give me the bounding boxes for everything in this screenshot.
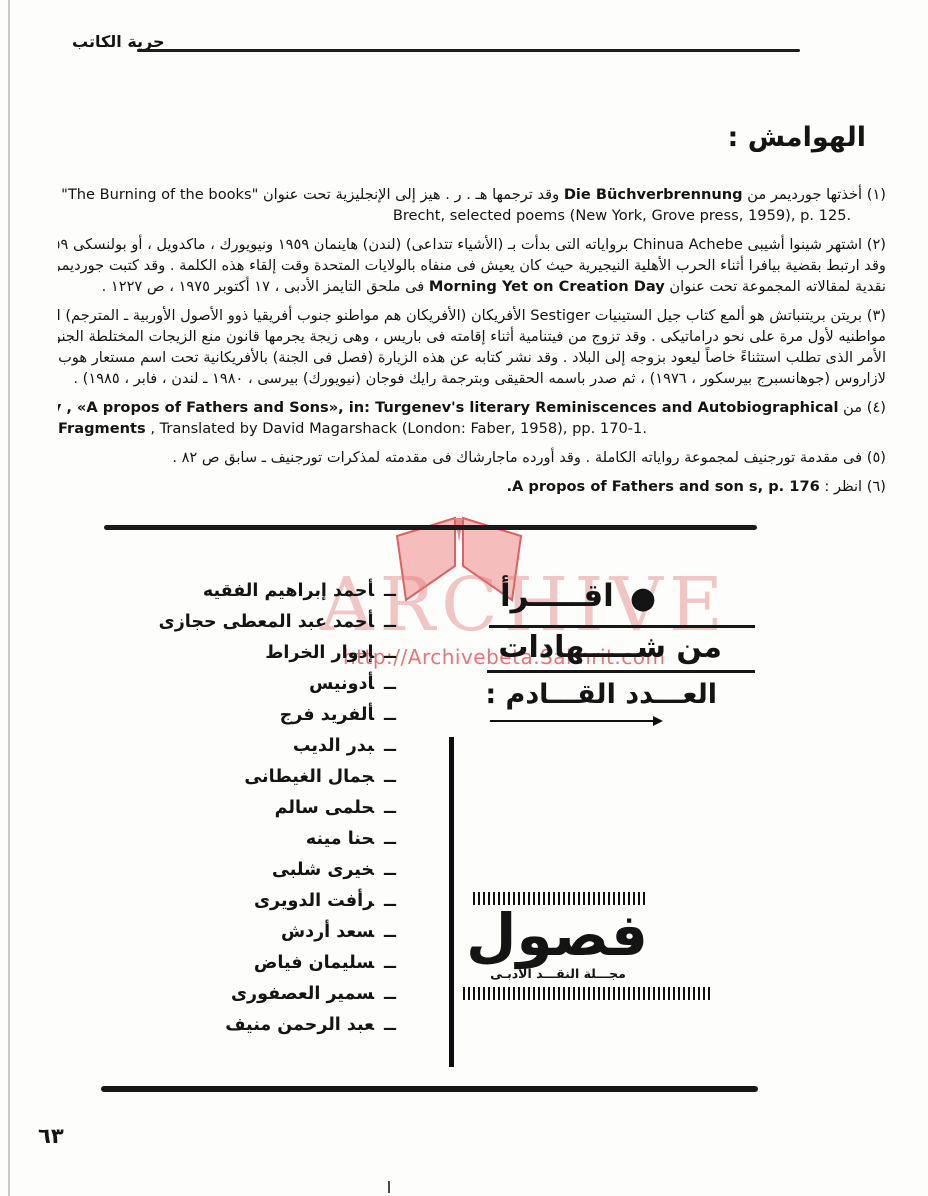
ad-box-rule-above-next-issue: [487, 670, 755, 673]
author-name: جمال الغيطانى: [244, 767, 374, 787]
author-name: إدوار الخراط: [265, 643, 374, 663]
ad-box-top-rule: [104, 525, 757, 530]
text-segment: , Translated by David Magarshack (London…: [146, 420, 647, 437]
footnote: (٣) بريتن بريتنباتش هو ألمع كتاب جيل الس…: [58, 305, 886, 389]
fusul-logo-title: فصول: [468, 896, 648, 974]
author-name: سعد أردش: [281, 922, 374, 942]
footnote-line: مواطنيه لأول مرة على نحو دراماتيكى . وقد…: [58, 326, 886, 347]
text-segment: Fragments: [58, 420, 146, 437]
list-dash: ــ: [384, 860, 396, 880]
footnote-line: نقدية لمقالاته المجموعة تحت عنوان Mornin…: [58, 276, 886, 297]
author-name: خيرى شلبى: [272, 860, 374, 880]
footnote-number: (٤): [862, 399, 886, 416]
text-segment: الأفريكان (الأفريكان هم مواطنو جنوب أفري…: [58, 307, 530, 324]
footnote-line: (١) أخذتها جورديمر من Die Büchverbrennun…: [58, 184, 886, 205]
text-segment: Die Büchverbrennung: [564, 186, 743, 203]
list-dash: ــ: [384, 767, 396, 787]
author-row: ــأدونيس: [148, 669, 396, 700]
ad-box-rule-under-read: [489, 625, 755, 628]
list-dash: ــ: [384, 984, 396, 1004]
scanned-magazine-page: حرية الكاتب الهوامش : (١) أخذتها جورديمر…: [0, 0, 928, 1196]
list-dash: ــ: [384, 581, 396, 601]
author-row: ــعبد الرحمن منيف: [148, 1010, 396, 1041]
arrow-head-icon: [653, 716, 663, 726]
from-testimonies-label: من شـــــهادات: [498, 630, 722, 665]
text-segment: فى ملحق التايمز الأدبى ، ١٧ أكتوبر ١٩٧٥ …: [102, 278, 429, 295]
author-name: سليمان فياض: [254, 953, 374, 973]
list-dash: ــ: [384, 643, 396, 663]
author-name: ألفريد فرج: [280, 705, 374, 725]
author-row: ــسعد أردش: [148, 917, 396, 948]
author-name: أحمد إبراهيم الفقيه: [203, 581, 374, 601]
author-row: ــبدر الديب: [148, 731, 396, 762]
ad-box-bottom-rule: [101, 1086, 758, 1092]
author-name: أدونيس: [309, 674, 374, 694]
fusul-logo-subtitle: مجـــلة النقـــد الأدبـى: [468, 966, 648, 981]
list-dash: ــ: [384, 1015, 396, 1035]
right-arrow-rule: [490, 715, 663, 727]
text-segment: مواطنيه لأول مرة على نحو دراماتيكى . وقد…: [58, 328, 886, 345]
author-name: عبد الرحمن منيف: [225, 1015, 374, 1035]
footnote: (٤) من Ivan Turgenev , «A propos of Fath…: [58, 397, 886, 439]
text-segment: Chinua Achebe: [633, 236, 743, 253]
list-dash: ــ: [384, 705, 396, 725]
footnote-number: (١): [862, 186, 886, 203]
author-name: حلمى سالم: [275, 798, 374, 818]
footnote-number: (٦): [862, 478, 886, 495]
scan-edge-line: [8, 0, 10, 1196]
author-name: أحمد عبد المعطى حجازى: [159, 612, 374, 632]
text-segment: Sestiger: [530, 307, 590, 324]
footnote-line: (٣) بريتن بريتنباتش هو ألمع كتاب جيل الس…: [58, 305, 886, 326]
footnotes-list: (١) أخذتها جورديمر من Die Büchverbrennun…: [58, 184, 886, 505]
author-row: ــسليمان فياض: [148, 948, 396, 979]
footnote-line: (٤) من Ivan Turgenev , «A propos of Fath…: [58, 397, 886, 418]
read-heading: ●اقـــــرأ: [500, 578, 656, 616]
author-row: ــسمير العصفورى: [148, 979, 396, 1010]
text-segment: الأمر الذى تطلب استثناءً خاصاً ليعود بزو…: [58, 349, 886, 366]
text-segment: Brecht, selected poems (New York, Grove …: [393, 207, 851, 224]
author-name: حنا مينه: [306, 829, 374, 849]
text-segment: نقدية لمقالاته المجموعة تحت عنوان: [665, 278, 886, 295]
text-segment: بريتن بريتنباتش هو ألمع كتاب جيل الستيني…: [590, 307, 862, 324]
text-segment: انظر :: [820, 478, 862, 495]
text-segment: A propos of Fathers and son s, p. 176.: [506, 478, 819, 495]
footnote-line: (٢) اشتهر شينوا أشيبى Chinua Achebe بروا…: [58, 234, 886, 255]
author-row: ــإدوار الخراط: [148, 638, 396, 669]
footnote-line: (٥) فى مقدمة تورجنيف لمجموعة رواياته الك…: [58, 447, 886, 468]
author-row: ــخيرى شلبى: [148, 855, 396, 886]
next-issue-label: العـــدد القـــادم :: [485, 679, 717, 710]
footnote-number: (٢): [862, 236, 886, 253]
text-segment: أخذتها جورديمر من: [743, 186, 862, 203]
list-dash: ــ: [384, 953, 396, 973]
author-row: ــأحمد عبد المعطى حجازى: [148, 607, 396, 638]
text-segment: لازاروس (جوهانسبرج بيرسكور ، ١٩٧٦) ، ثم …: [73, 370, 886, 387]
list-dash: ــ: [384, 612, 396, 632]
text-segment: وقد ارتبط بقضية بيافرا أثناء الحرب الأهل…: [58, 257, 886, 274]
text-segment: اشتهر شينوا أشيبى: [743, 236, 862, 253]
list-dash: ــ: [384, 674, 396, 694]
author-row: ــأحمد إبراهيم الفقيه: [148, 576, 396, 607]
text-segment: Ivan Turgenev , «A propos of Fathers and…: [58, 399, 839, 416]
list-dash: ــ: [384, 736, 396, 756]
footnote-line: Fragments , Translated by David Magarsha…: [58, 418, 886, 439]
footnote-line: Brecht, selected poems (New York, Grove …: [58, 205, 886, 226]
footnote-line: لازاروس (جوهانسبرج بيرسكور ، ١٩٧٦) ، ثم …: [58, 368, 886, 389]
footnotes-heading: الهوامش :: [728, 122, 866, 153]
author-name: سمير العصفورى: [231, 984, 374, 1004]
footnote-number: (٥): [862, 449, 886, 466]
author-row: ــحنا مينه: [148, 824, 396, 855]
page-number: ٦٣: [38, 1124, 64, 1148]
scan-tick-mark: [388, 1181, 390, 1193]
running-header-rule: [137, 49, 800, 52]
text-segment: Morning Yet on Creation Day: [429, 278, 665, 295]
footnote-number: (٣): [862, 307, 886, 324]
footnote-line: وقد ارتبط بقضية بيافرا أثناء الحرب الأهل…: [58, 255, 886, 276]
authors-list: ــأحمد إبراهيم الفقيهــأحمد عبد المعطى ح…: [148, 576, 396, 1041]
author-row: ــألفريد فرج: [148, 700, 396, 731]
logo-stripe-bottom: [463, 987, 713, 1000]
footnote-line: (٦) انظر : A propos of Fathers and son s…: [58, 476, 886, 497]
bullet-icon: ●: [630, 581, 656, 616]
list-dash: ــ: [384, 891, 396, 911]
footnote: (٦) انظر : A propos of Fathers and son s…: [58, 476, 886, 497]
footnote: (٥) فى مقدمة تورجنيف لمجموعة رواياته الك…: [58, 447, 886, 468]
text-segment: فى مقدمة تورجنيف لمجموعة رواياته الكاملة…: [172, 449, 862, 466]
list-dash: ــ: [384, 798, 396, 818]
footnote-line: الأمر الذى تطلب استثناءً خاصاً ليعود بزو…: [58, 347, 886, 368]
text-segment: من: [839, 399, 863, 416]
author-row: ــحلمى سالم: [148, 793, 396, 824]
arrow-shaft: [490, 720, 656, 722]
read-label: اقـــــرأ: [500, 578, 614, 614]
footnote: (١) أخذتها جورديمر من Die Büchverbrennun…: [58, 184, 886, 226]
ad-box-column-divider: [449, 737, 454, 1067]
list-dash: ــ: [384, 829, 396, 849]
footnote: (٢) اشتهر شينوا أشيبى Chinua Achebe بروا…: [58, 234, 886, 297]
text-segment: وقد ترجمها هـ . ر . هيز إلى الإنجليزية ت…: [58, 186, 564, 203]
author-name: رأفت الدويرى: [254, 891, 374, 911]
author-row: ــجمال الغيطانى: [148, 762, 396, 793]
author-row: ــرأفت الدويرى: [148, 886, 396, 917]
list-dash: ــ: [384, 922, 396, 942]
author-name: بدر الديب: [293, 736, 374, 756]
text-segment: برواياته التى بدأت بـ (الأشياء تتداعى) (…: [58, 236, 633, 253]
